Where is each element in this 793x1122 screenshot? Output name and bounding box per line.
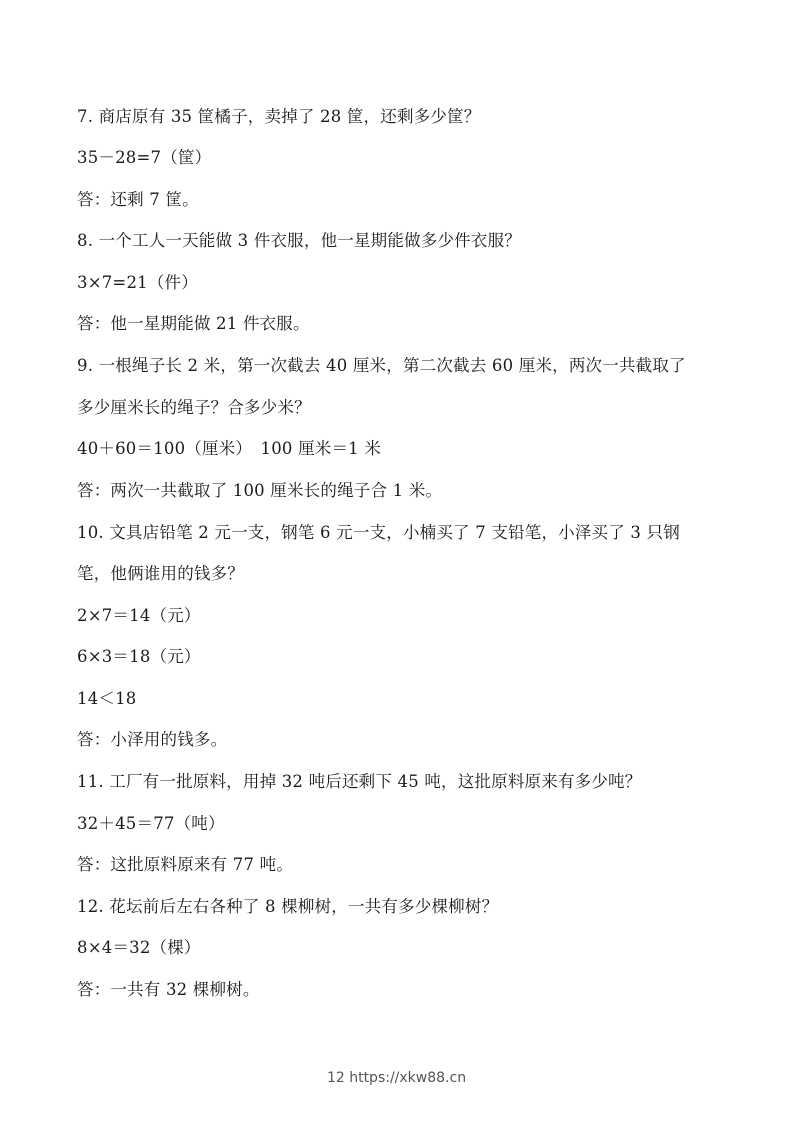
problem-9-answer: 答：两次一共截取了 100 厘米长的绳子合 1 米。 <box>77 480 442 502</box>
problem-10-work-3: 14＜18 <box>77 688 137 710</box>
problem-10-work-1: 2×7＝14（元） <box>77 605 201 627</box>
problem-9-question-line-2: 多少厘米长的绳子？合多少米？ <box>77 397 311 419</box>
problem-9-question-line-1: 9. 一根绳子长 2 米，第一次截去 40 厘米，第二次截去 60 厘米，两次一… <box>77 355 686 377</box>
problem-10-question-line-2: 笔，他俩谁用的钱多？ <box>77 563 244 585</box>
problem-12-work: 8×4＝32（棵） <box>77 937 201 959</box>
problem-8-answer: 答：他一星期能做 21 件衣服。 <box>77 313 310 335</box>
problem-8-question: 8. 一个工人一天能做 3 件衣服，他一星期能做多少件衣服？ <box>77 230 521 252</box>
problem-9-work: 40＋60＝100（厘米） 100 厘米＝1 米 <box>77 438 381 460</box>
problem-11-question: 11. 工厂有一批原料，用掉 32 吨后还剩下 45 吨，这批原料原来有多少吨？ <box>77 771 641 793</box>
document-page: 7. 商店原有 35 筐橘子，卖掉了 28 筐，还剩多少筐？ 35－28=7（筐… <box>0 0 793 1122</box>
page-footer: 12 https://xkw88.cn <box>0 1070 793 1086</box>
problem-10-work-2: 6×3＝18（元） <box>77 646 201 668</box>
problem-12-question: 12. 花坛前后左右各种了 8 棵柳树，一共有多少棵柳树？ <box>77 896 498 918</box>
problem-10-question-line-1: 10. 文具店铅笔 2 元一支，钢笔 6 元一支，小楠买了 7 支铅笔，小泽买了… <box>77 522 680 544</box>
problem-11-work: 32＋45＝77（吨） <box>77 813 225 835</box>
problem-7-work: 35－28=7（筐） <box>77 147 211 169</box>
problem-7-answer: 答：还剩 7 筐。 <box>77 189 199 211</box>
problem-7-question: 7. 商店原有 35 筐橘子，卖掉了 28 筐，还剩多少筐？ <box>77 106 480 128</box>
problem-8-work: 3×7=21（件） <box>77 272 198 294</box>
problem-12-answer: 答：一共有 32 棵柳树。 <box>77 979 260 1001</box>
problem-11-answer: 答：这批原料原来有 77 吨。 <box>77 854 293 876</box>
problem-10-answer: 答：小泽用的钱多。 <box>77 729 227 751</box>
